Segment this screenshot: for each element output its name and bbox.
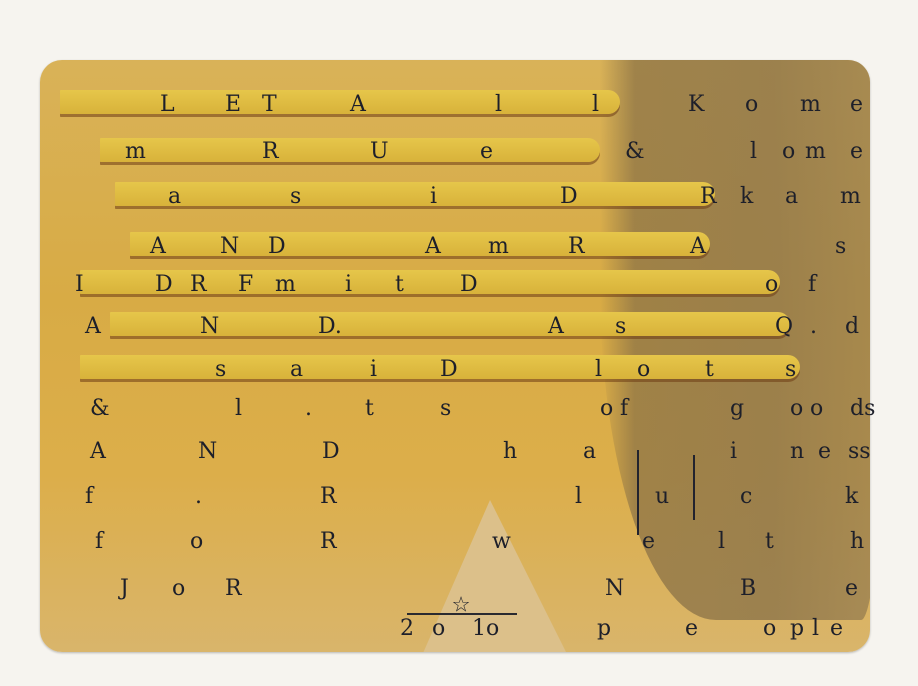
handwritten-glyph: D bbox=[322, 441, 340, 463]
handwritten-glyph: D bbox=[440, 359, 458, 381]
handwritten-glyph: L bbox=[160, 94, 175, 116]
handwritten-glyph: l bbox=[235, 398, 242, 420]
handwritten-glyph: N bbox=[605, 578, 624, 600]
handwritten-glyph: ss bbox=[848, 441, 871, 463]
handwritten-glyph: e bbox=[850, 141, 863, 163]
handwritten-glyph: A bbox=[350, 94, 366, 116]
handwritten-glyph: f bbox=[85, 486, 93, 508]
handwritten-glyph: R bbox=[700, 186, 717, 208]
handwritten-glyph: l bbox=[750, 141, 757, 163]
handwritten-glyph: N bbox=[220, 236, 239, 258]
paint-strip bbox=[130, 232, 710, 256]
handwritten-glyph: m bbox=[125, 141, 146, 163]
handwritten-glyph: N bbox=[198, 441, 217, 463]
handwritten-glyph: u bbox=[655, 486, 669, 508]
handwritten-glyph: l bbox=[718, 531, 725, 553]
handwritten-glyph: s bbox=[440, 398, 451, 420]
handwritten-glyph: D bbox=[155, 274, 173, 296]
handwritten-glyph: c bbox=[740, 486, 752, 508]
handwritten-glyph: k bbox=[740, 186, 753, 208]
handwritten-glyph: k bbox=[845, 486, 858, 508]
handwritten-glyph: e bbox=[685, 618, 698, 640]
handwritten-glyph: o bbox=[765, 274, 778, 296]
ink-stroke bbox=[693, 455, 695, 520]
handwritten-glyph: n bbox=[790, 441, 804, 463]
handwritten-glyph: s bbox=[290, 186, 301, 208]
handwritten-glyph: a bbox=[785, 186, 798, 208]
handwritten-glyph: s bbox=[835, 236, 846, 258]
handwritten-glyph: A bbox=[690, 236, 706, 258]
handwritten-glyph: m bbox=[805, 141, 826, 163]
underline bbox=[407, 613, 517, 615]
handwritten-glyph: l bbox=[495, 94, 502, 116]
handwritten-glyph: p bbox=[597, 618, 611, 640]
handwritten-glyph: o bbox=[782, 141, 795, 163]
handwritten-glyph: o bbox=[763, 618, 776, 640]
handwritten-glyph: l bbox=[812, 618, 819, 640]
handwritten-glyph: N bbox=[200, 316, 219, 338]
handwritten-glyph: . bbox=[195, 486, 202, 508]
handwritten-glyph: h bbox=[503, 441, 517, 463]
handwritten-glyph: e bbox=[480, 141, 493, 163]
handwritten-glyph: t bbox=[395, 274, 404, 296]
handwritten-glyph: o bbox=[745, 94, 758, 116]
handwritten-glyph: o bbox=[790, 398, 803, 420]
handwritten-glyph: h bbox=[850, 531, 864, 553]
handwritten-glyph: D bbox=[560, 186, 578, 208]
handwritten-glyph: o bbox=[432, 618, 445, 640]
handwritten-glyph: o bbox=[637, 359, 650, 381]
handwritten-glyph: g bbox=[730, 398, 744, 420]
handwritten-glyph: i bbox=[730, 441, 737, 463]
handwritten-glyph: o bbox=[172, 578, 185, 600]
handwritten-glyph: a bbox=[290, 359, 303, 381]
paint-strip bbox=[80, 270, 780, 294]
handwritten-glyph: R bbox=[225, 578, 242, 600]
handwritten-glyph: m bbox=[840, 186, 861, 208]
handwritten-glyph: D. bbox=[318, 316, 342, 338]
handwritten-glyph: . bbox=[305, 398, 312, 420]
handwritten-glyph: ds bbox=[850, 398, 875, 420]
handwritten-glyph: o bbox=[810, 398, 823, 420]
handwritten-glyph: l bbox=[575, 486, 582, 508]
handwritten-glyph: m bbox=[275, 274, 296, 296]
handwritten-glyph: R bbox=[190, 274, 207, 296]
handwritten-glyph: s bbox=[615, 316, 626, 338]
handwritten-glyph: i bbox=[345, 274, 352, 296]
handwritten-glyph: l bbox=[595, 359, 602, 381]
handwritten-glyph: p bbox=[790, 618, 804, 640]
handwritten-glyph: a bbox=[168, 186, 181, 208]
handwritten-glyph: . bbox=[810, 316, 817, 338]
handwritten-glyph: t bbox=[765, 531, 774, 553]
handwritten-glyph: s bbox=[215, 359, 226, 381]
handwritten-glyph: F bbox=[238, 274, 253, 296]
handwritten-glyph: 1o bbox=[472, 618, 499, 640]
handwritten-glyph: & bbox=[90, 398, 110, 420]
handwritten-glyph: T bbox=[262, 94, 277, 116]
handwritten-glyph: s bbox=[785, 359, 796, 381]
handwritten-glyph: o bbox=[190, 531, 203, 553]
handwritten-glyph: J bbox=[120, 578, 129, 600]
handwritten-glyph: t bbox=[365, 398, 374, 420]
handwritten-glyph: D bbox=[268, 236, 286, 258]
handwritten-glyph: 2 bbox=[400, 618, 414, 640]
handwritten-glyph: d bbox=[845, 316, 859, 338]
handwritten-glyph: A bbox=[85, 316, 101, 338]
handwritten-glyph: a bbox=[583, 441, 596, 463]
handwritten-glyph: B bbox=[740, 578, 756, 600]
handwritten-glyph: f bbox=[808, 274, 816, 296]
handwritten-glyph: o bbox=[600, 398, 613, 420]
handwritten-glyph: w bbox=[492, 531, 511, 553]
handwritten-glyph: A bbox=[425, 236, 441, 258]
handwritten-glyph: U bbox=[370, 141, 389, 163]
handwritten-glyph: D bbox=[460, 274, 478, 296]
painted-card bbox=[40, 60, 870, 652]
ink-stroke bbox=[637, 450, 639, 535]
handwritten-glyph: i bbox=[370, 359, 377, 381]
handwritten-glyph: t bbox=[705, 359, 714, 381]
handwritten-glyph: e bbox=[642, 531, 655, 553]
handwritten-glyph: l bbox=[592, 94, 599, 116]
handwritten-glyph: R bbox=[320, 486, 337, 508]
handwritten-glyph: I bbox=[75, 274, 84, 296]
handwritten-glyph: E bbox=[225, 94, 241, 116]
handwritten-glyph: e bbox=[850, 94, 863, 116]
handwritten-glyph: f bbox=[620, 398, 628, 420]
paint-strip bbox=[115, 182, 715, 206]
handwritten-glyph: Q bbox=[775, 316, 793, 338]
handwritten-glyph: m bbox=[800, 94, 821, 116]
handwritten-glyph: A bbox=[90, 441, 106, 463]
paint-strip bbox=[100, 138, 600, 162]
handwritten-glyph: R bbox=[568, 236, 585, 258]
handwritten-glyph: & bbox=[625, 141, 645, 163]
handwritten-glyph: m bbox=[488, 236, 509, 258]
handwritten-glyph: A bbox=[548, 316, 564, 338]
handwritten-glyph: i bbox=[430, 186, 437, 208]
paint-strip bbox=[60, 90, 620, 114]
handwritten-glyph: K bbox=[688, 94, 704, 116]
handwritten-glyph: e bbox=[845, 578, 858, 600]
handwritten-glyph: R bbox=[320, 531, 337, 553]
handwritten-glyph: f bbox=[95, 531, 103, 553]
handwritten-glyph: R bbox=[262, 141, 279, 163]
handwritten-glyph: e bbox=[830, 618, 843, 640]
handwritten-glyph: A bbox=[150, 236, 166, 258]
handwritten-glyph: e bbox=[818, 441, 831, 463]
